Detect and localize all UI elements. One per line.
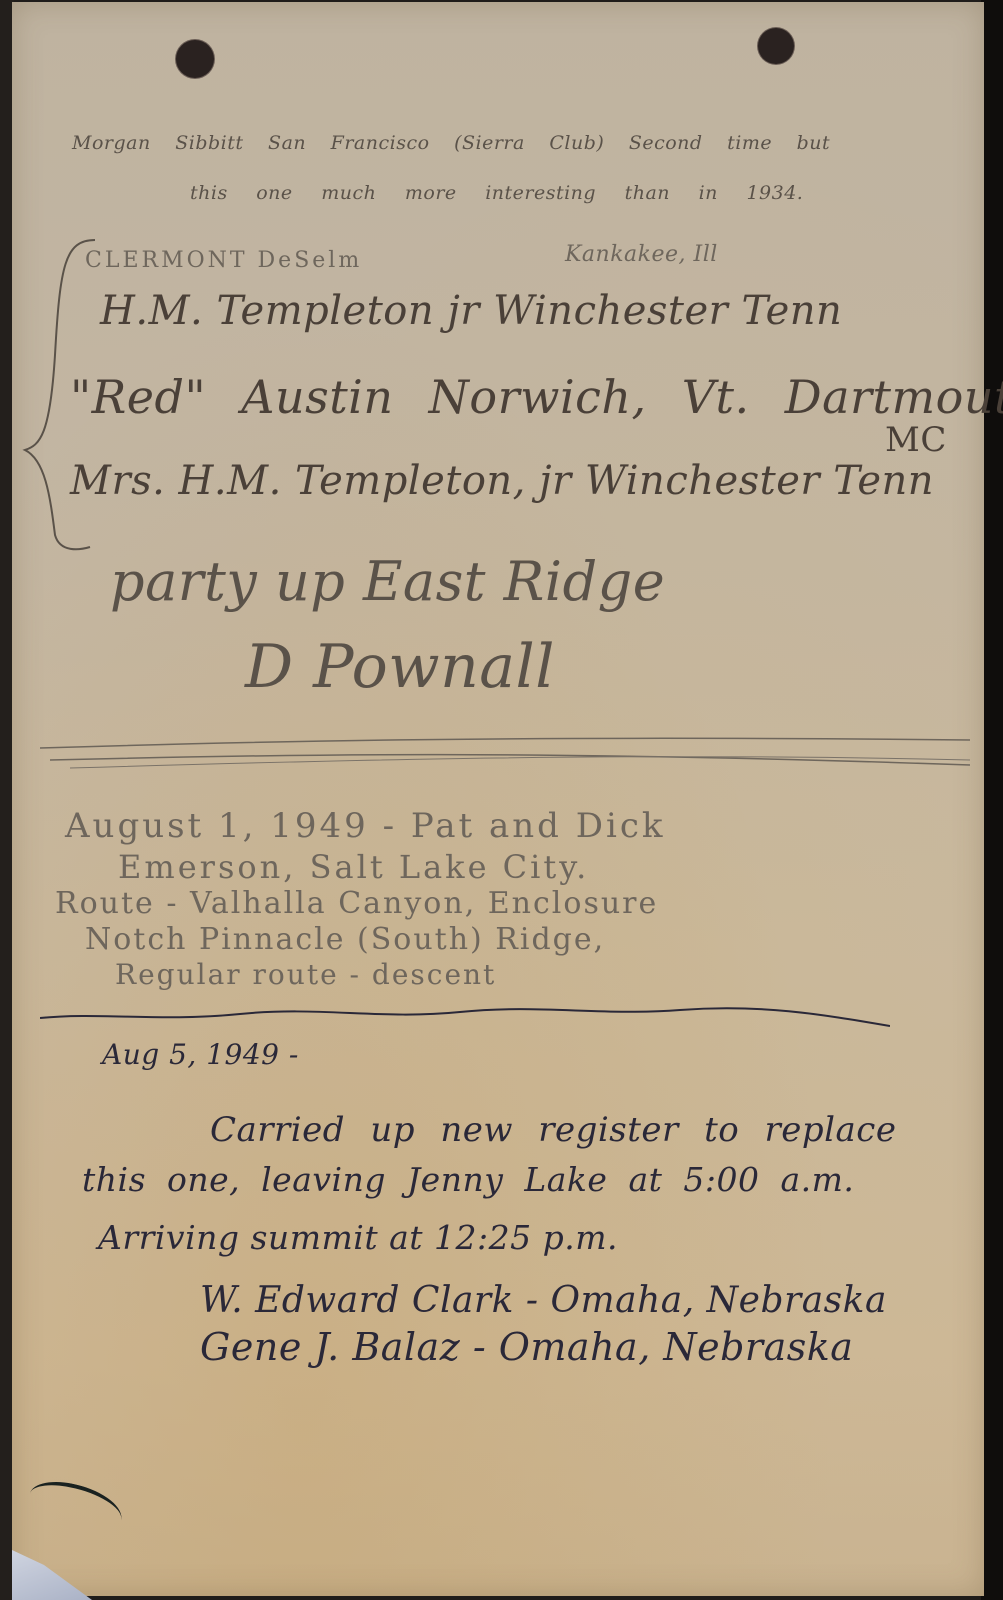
entry-aug5-date: Aug 5, 1949 - [102, 1038, 299, 1071]
backdrop-right [981, 0, 1003, 1600]
entry-clermont-name: CLERMONT DeSelm [85, 248, 362, 273]
entry-aug1-line5: Regular route - descent [115, 958, 496, 991]
binder-hole-left [176, 40, 214, 78]
entry-mrs-templeton: Mrs. H.M. Templeton, jr Winchester Tenn [70, 458, 934, 504]
entry-aug1-line1: August 1, 1949 - Pat and Dick [65, 806, 666, 846]
entry-aug1-line2: Emerson, Salt Lake City. [118, 848, 589, 886]
entry-aug5-signer2: Gene J. Balaz - Omaha, Nebraska [200, 1325, 853, 1369]
entry-aug5-signer1: W. Edward Clark - Omaha, Nebraska [200, 1280, 887, 1321]
entry-aug5-line3: Arriving summit at 12:25 p.m. [98, 1218, 618, 1257]
entry-clermont-place: Kankakee, Ill [565, 242, 718, 267]
entry-aug1-line4: Notch Pinnacle (South) Ridge, [85, 922, 605, 957]
entry-templeton: H.M. Templeton jr Winchester Tenn [100, 288, 842, 334]
entry-austin: "Red" Austin Norwich, Vt. Dartmouth [70, 370, 1003, 424]
entry-austin-note: MC [885, 420, 947, 460]
entry-sibbitt-line2: this one much more interesting than in 1… [190, 182, 803, 204]
entry-aug1-line3: Route - Valhalla Canyon, Enclosure [55, 886, 658, 921]
entry-sibbitt-line1: Morgan Sibbitt San Francisco (Sierra Clu… [72, 132, 830, 154]
entry-aug5-line2: this one, leaving Jenny Lake at 5:00 a.m… [82, 1160, 854, 1199]
entry-aug5-line1: Carried up new register to replace [210, 1110, 896, 1150]
entry-party-route: party up East Ridge [110, 550, 665, 613]
pencil-divider [40, 730, 970, 770]
binder-hole-right [758, 28, 794, 64]
ink-divider [40, 1000, 890, 1030]
entry-pownall-signature: D Pownall [245, 632, 555, 702]
